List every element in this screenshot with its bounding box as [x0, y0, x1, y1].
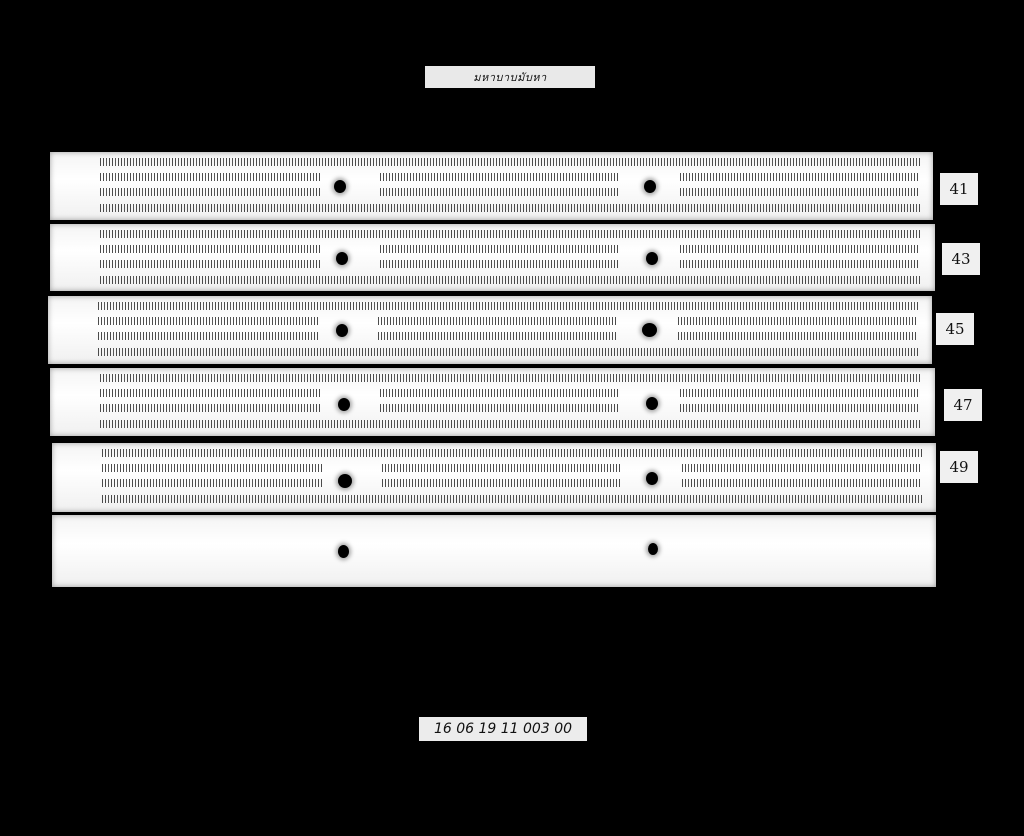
script-line — [382, 462, 622, 474]
script-line — [98, 315, 318, 327]
script-line — [98, 330, 318, 342]
script-line — [102, 447, 922, 459]
script-line — [680, 243, 920, 255]
script-line — [682, 477, 922, 489]
binding-hole — [644, 180, 656, 193]
script-line — [380, 243, 620, 255]
leaf-number-label: 43 — [942, 243, 980, 275]
script-line — [380, 171, 620, 183]
palm-leaf-2 — [50, 224, 935, 291]
palm-leaf-3 — [48, 296, 932, 364]
script-line — [680, 402, 920, 414]
binding-hole — [646, 252, 658, 265]
leaf-number-label: 47 — [944, 389, 982, 421]
palm-leaf-5 — [52, 443, 936, 512]
binding-hole — [648, 543, 658, 555]
binding-hole — [338, 474, 352, 488]
script-line — [102, 462, 322, 474]
script-line — [378, 315, 618, 327]
binding-hole — [338, 398, 350, 411]
script-line — [680, 387, 920, 399]
manuscript-title-label: มหาบาบมับหา — [425, 66, 595, 88]
script-line — [100, 228, 920, 240]
leaf-number-label: 49 — [940, 451, 978, 483]
script-line — [380, 258, 620, 270]
leaf-number-label: 41 — [940, 173, 978, 205]
script-line — [100, 258, 320, 270]
leaf-number-label: 45 — [936, 313, 974, 345]
script-line — [100, 186, 320, 198]
script-line — [100, 372, 920, 384]
script-line — [100, 418, 920, 430]
palm-leaf-4 — [50, 368, 935, 436]
script-line — [100, 202, 920, 214]
archive-id-label: 16 06 19 11 003 00 — [419, 717, 587, 741]
script-line — [100, 387, 320, 399]
script-line — [98, 300, 918, 312]
script-line — [382, 477, 622, 489]
script-line — [100, 156, 920, 168]
binding-hole — [642, 323, 657, 337]
binding-hole — [336, 324, 348, 337]
script-line — [100, 171, 320, 183]
script-line — [380, 387, 620, 399]
binding-hole — [646, 397, 658, 410]
binding-hole — [338, 545, 349, 558]
script-line — [680, 258, 920, 270]
script-line — [100, 402, 320, 414]
script-line — [98, 346, 918, 358]
script-line — [102, 493, 922, 505]
script-line — [680, 186, 920, 198]
script-line — [678, 315, 918, 327]
binding-hole — [646, 472, 658, 485]
script-line — [378, 330, 618, 342]
script-line — [100, 274, 920, 286]
script-line — [678, 330, 918, 342]
script-line — [682, 462, 922, 474]
palm-leaf-1 — [50, 152, 933, 220]
script-line — [100, 243, 320, 255]
binding-hole — [336, 252, 348, 265]
script-line — [380, 186, 620, 198]
palm-leaf-6-blank — [52, 515, 936, 587]
script-line — [102, 477, 322, 489]
script-line — [380, 402, 620, 414]
binding-hole — [334, 180, 346, 193]
script-line — [680, 171, 920, 183]
